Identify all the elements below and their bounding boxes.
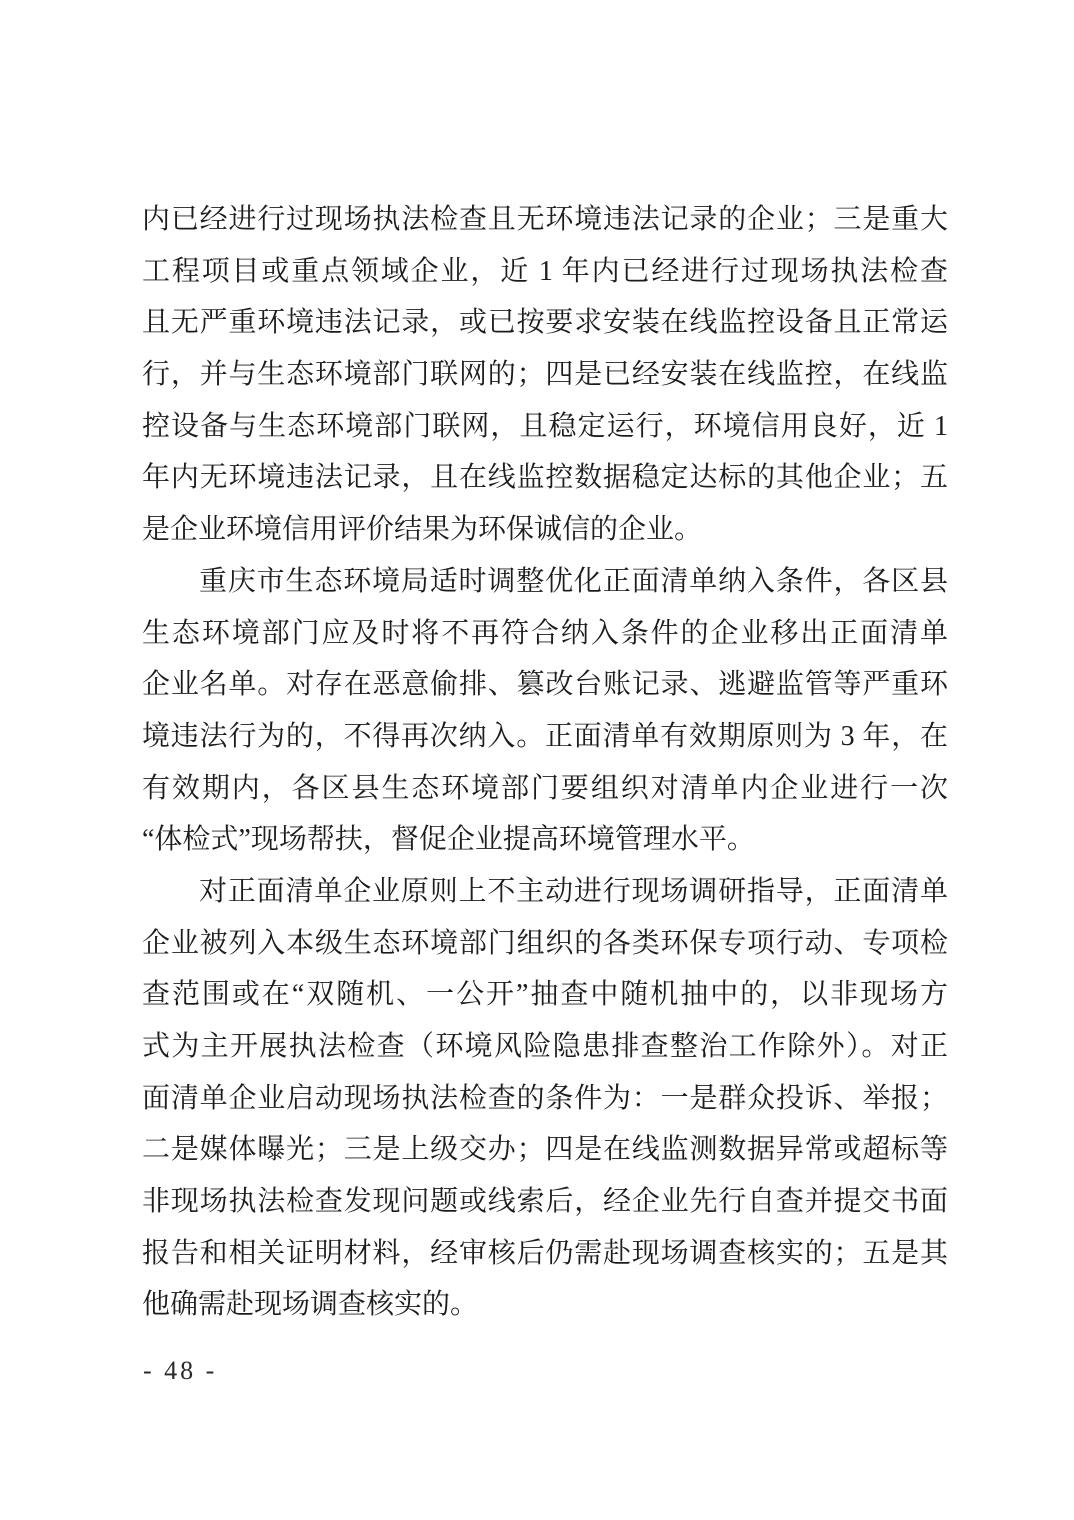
- body-text-block: 内已经进行过现场执法检查且无环境违法记录的企业；三是重大 工程项目或重点领域企业…: [142, 194, 948, 1331]
- text-line: 查范围或在“双随机、一公开”抽查中随机抽中的，以非现场方: [142, 969, 948, 1021]
- text-line: 内已经进行过现场执法检查且无环境违法记录的企业；三是重大: [142, 194, 948, 246]
- text-line: 有效期内，各区县生态环境部门要组织对清单内企业进行一次: [142, 763, 948, 815]
- text-line: 控设备与生态环境部门联网，且稳定运行，环境信用良好，近 1: [142, 401, 948, 453]
- text-line: 行，并与生态环境部门联网的；四是已经安装在线监控，在线监: [142, 349, 948, 401]
- text-line: 企业名单。对存在恶意偷排、篡改台账记录、逃避监管等严重环: [142, 659, 948, 711]
- document-page: 内已经进行过现场执法检查且无环境违法记录的企业；三是重大 工程项目或重点领域企业…: [0, 0, 1074, 1520]
- text-line: 二是媒体曝光；三是上级交办；四是在线监测数据异常或超标等: [142, 1124, 948, 1176]
- text-line-paragraph-end: 是企业环境信用评价结果为环保诚信的企业。: [142, 504, 948, 556]
- text-line: 工程项目或重点领域企业，近 1 年内已经进行过现场执法检查: [142, 246, 948, 298]
- text-line: 企业被列入本级生态环境部门组织的各类环保专项行动、专项检: [142, 918, 948, 970]
- text-line-paragraph-end: “体检式”现场帮扶，督促企业提高环境管理水平。: [142, 814, 948, 866]
- text-line: 年内无环境违法记录，且在线监控数据稳定达标的其他企业；五: [142, 452, 948, 504]
- text-line: 生态环境部门应及时将不再符合纳入条件的企业移出正面清单: [142, 608, 948, 660]
- text-line: 非现场执法检查发现问题或线索后，经企业先行自查并提交书面: [142, 1176, 948, 1228]
- page-number: - 48 -: [143, 1356, 217, 1386]
- text-line-paragraph-start: 重庆市生态环境局适时调整优化正面清单纳入条件，各区县: [142, 556, 948, 608]
- text-line: 且无严重环境违法记录，或已按要求安装在线监控设备且正常运: [142, 297, 948, 349]
- text-line-paragraph-end: 他确需赴现场调查核实的。: [142, 1279, 948, 1331]
- text-line: 报告和相关证明材料，经审核后仍需赴现场调查核实的；五是其: [142, 1228, 948, 1280]
- text-line: 面清单企业启动现场执法检查的条件为：一是群众投诉、举报；: [142, 1073, 948, 1125]
- text-line: 境违法行为的，不得再次纳入。正面清单有效期原则为 3 年，在: [142, 711, 948, 763]
- text-line: 式为主开展执法检查（环境风险隐患排查整治工作除外）。对正: [142, 1021, 948, 1073]
- text-line-paragraph-start: 对正面清单企业原则上不主动进行现场调研指导，正面清单: [142, 866, 948, 918]
